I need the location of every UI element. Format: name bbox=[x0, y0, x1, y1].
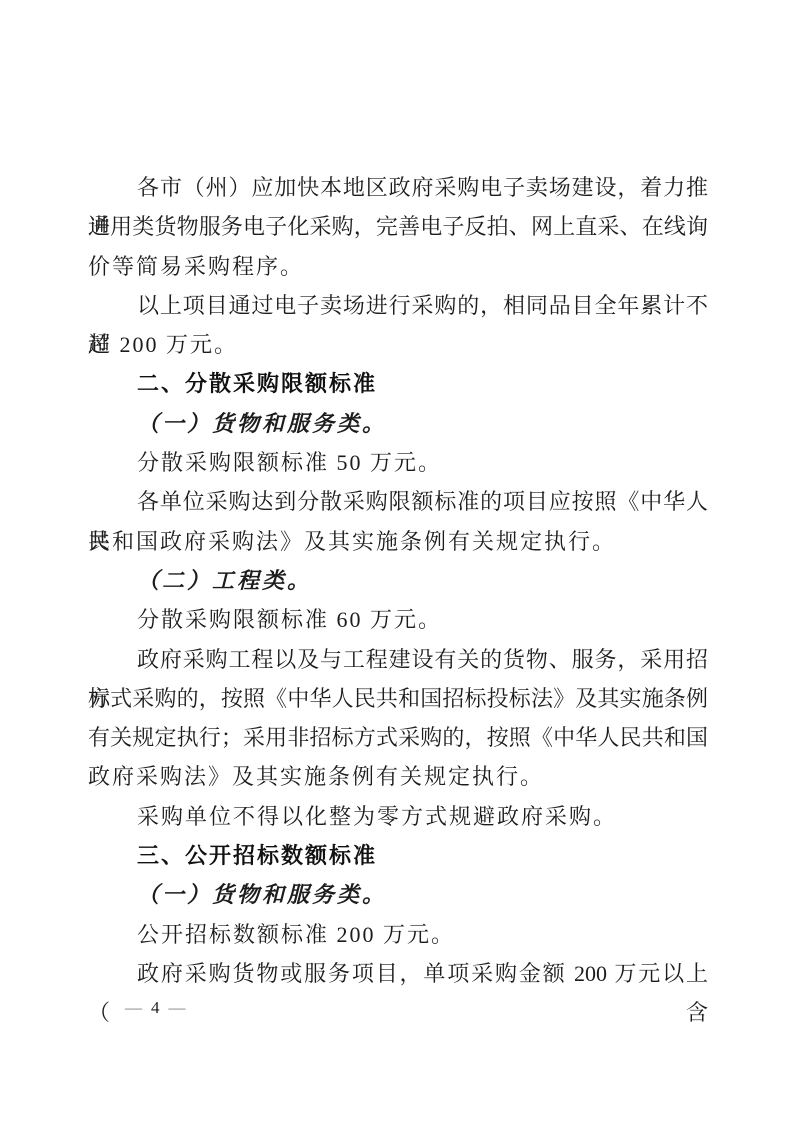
page-number-dash-left: — bbox=[116, 998, 151, 1017]
body-text-line: 有关规定执行；采用非招标方式采购的，按照《中华人民共和国 bbox=[88, 718, 708, 757]
body-text-line: 各市（州）应加快本地区政府采购电子卖场建设，着力推进 bbox=[88, 168, 708, 207]
body-text-line: 共和国政府采购法》及其实施条例有关规定执行。 bbox=[88, 522, 708, 561]
page-number-dash-right: — bbox=[160, 998, 195, 1017]
body-text-line: 以上项目通过电子卖场进行采购的，相同品目全年累计不超 bbox=[88, 286, 708, 325]
page-number-value: 4 bbox=[151, 998, 160, 1017]
body-text-line: 分散采购限额标准 60 万元。 bbox=[88, 600, 708, 639]
body-text-line: 政府采购工程以及与工程建设有关的货物、服务，采用招标 bbox=[88, 640, 708, 679]
body-text-line: 通用类货物服务电子化采购，完善电子反拍、网上直采、在线询 bbox=[88, 207, 708, 246]
body-text-line: 价等简易采购程序。 bbox=[88, 247, 708, 286]
body-text-line: 政府采购法》及其实施条例有关规定执行。 bbox=[88, 757, 708, 796]
body-text-line: 采购单位不得以化整为零方式规避政府采购。 bbox=[88, 797, 708, 836]
body-text-line: 过 200 万元。 bbox=[88, 325, 708, 364]
section-heading: 二、分散采购限额标准 bbox=[88, 364, 708, 403]
body-text-line: 各单位采购达到分散采购限额标准的项目应按照《中华人民 bbox=[88, 482, 708, 521]
body-text-line: 公开招标数额标准 200 万元。 bbox=[88, 915, 708, 954]
body-text-line: 分散采购限额标准 50 万元。 bbox=[88, 443, 708, 482]
section-heading: 三、公开招标数额标准 bbox=[88, 836, 708, 875]
subsection-heading: （一）货物和服务类。 bbox=[88, 875, 708, 914]
body-text-line: 方式采购的，按照《中华人民共和国招标投标法》及其实施条例 bbox=[88, 679, 708, 718]
subsection-heading: （一）货物和服务类。 bbox=[88, 404, 708, 443]
document-body: 各市（州）应加快本地区政府采购电子卖场建设，着力推进通用类货物服务电子化采购，完… bbox=[88, 168, 708, 993]
body-text-line: 政府采购货物或服务项目，单项采购金额 200 万元以上（含 bbox=[88, 954, 708, 993]
document-page: 各市（州）应加快本地区政府采购电子卖场建设，着力推进通用类货物服务电子化采购，完… bbox=[0, 0, 793, 1122]
page-number: —4— bbox=[116, 996, 195, 1020]
subsection-heading: （二）工程类。 bbox=[88, 561, 708, 600]
